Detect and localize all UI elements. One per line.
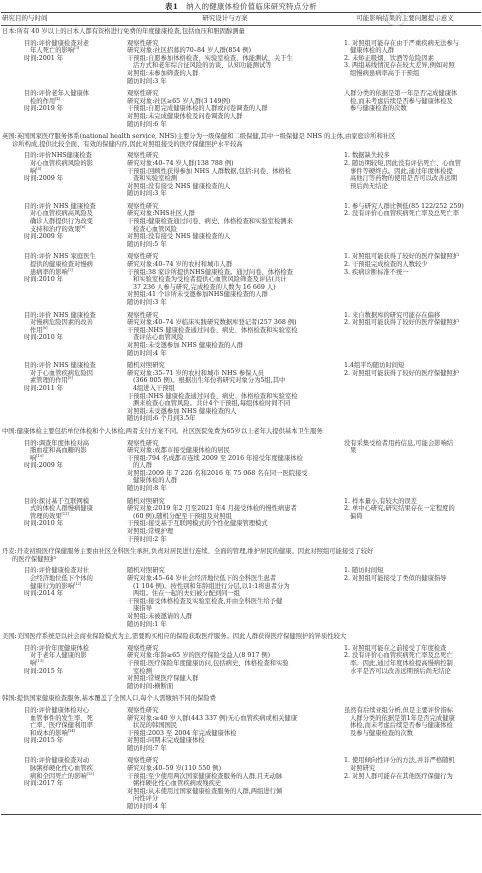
study-row: 目的:调查年度体检对高脂血症和高血糖的影响[10]时间:2009 年观察性研究研… [0,438,482,496]
design-line: 康指导 [127,605,335,613]
study-design: 观察性研究研究对象:≥40 岁人群(443 337 例)无心血管疾病或相关健康状… [119,707,335,753]
issue-line: 体检,而未考虑后续是否参与健康体检 [344,722,482,730]
issue-line: 参与健康检查的次数 [344,105,482,113]
reference-number: [12] [74,582,81,586]
issue-line: 虽然有后续亚组分析,但是主要评价指标 [344,707,482,715]
design-line: 对照组:41 个诊所未受邀参加NHS健康检查的人群 [127,291,335,299]
country-row: 美国:美国医疗系统是以社会商业保险模式为主,需要购买相应的保险获取医疗服务。因此… [0,631,482,643]
reference-number: [7] [68,268,73,272]
reference-number: [13] [36,659,43,663]
country-note: 美国:美国医疗系统是以社会商业保险模式为主,需要购买相应的保险获取医疗服务。因此… [2,633,479,641]
aim-line: 目的:探讨基于互联网模 [24,498,89,505]
study-issues: 没有采集受检者用药信息,可能会影响结果 [335,440,482,493]
study-row: 目的:评价健康体检对心血管事件的发生率、死亡率、医疗保健利用率和成本的影响[14… [0,705,482,756]
design-line: 研究对象:成都市接受健康体检的居民 [127,447,335,455]
issue-line: 1.4组平均随访时间短 [344,362,482,370]
study-aim: 目的:评价 NHS 健康检查对于心血管疾病危险因素管理的作用[9]时间:2011… [0,362,119,423]
study-time: 时间:2010 年 [24,520,119,528]
design-line: 研究对象:2019 年2 月至2021 年4 月接受体检的慢性病患者 [127,505,335,513]
design-line: 观察性研究 [127,152,335,160]
table-body: 日本:所有 40 岁以上的日本人都有资格进行免费的年度健康检查,包括血压和胆固醇… [0,26,482,814]
design-line: 测来检查心血管风险。共计4个干预组,每组体检时间不同 [127,400,335,408]
reference-number: [14] [68,729,75,733]
aim-line: 会经济地位低下个体的 [30,575,93,582]
design-line: 干预组:自愿完成健康体检的人群或问卷调查的人群 [127,105,335,113]
design-line: 研究对象:≥40 岁人群(443 337 例)无心血管疾病或相关健康 [127,715,335,723]
aim-line: 亡率、医疗保健利用率 [30,722,93,729]
issue-line: 水平是否可以改善远期预后尚无结论 [344,668,482,676]
study-time: 时间:2009 年 [24,462,119,470]
aim-line: 目的:评价健康检查对老 [24,40,89,47]
design-line: 对照组:未完成健康体检及问卷调查的人群 [127,113,335,121]
reference-number: [3] [74,46,79,50]
study-design: 随机对照研究研究对象:35–71 岁的农村和城市 NHS 参保人员(366 00… [119,362,335,423]
study-time: 时间:2010 年 [24,276,119,284]
aim-line: 目的:评价NHS健康检查 [24,152,92,159]
issue-line: 2. 干预组完成检查的人数较少 [344,261,482,269]
study-design: 随机对照研究研究对象:45–64 岁社会经济地位低下的全科医生患者(1 104 … [119,567,335,628]
study-time: 时间:2009 年 [24,175,119,183]
design-line: 随访时间:6 年 [127,121,335,129]
aim-line: 患病率的影响 [30,269,68,276]
aim-line: 对心血管疾病高风险及 [30,210,93,217]
table-header: 研究目的与时间 研究设计与方案 可能影响结果的主要问题提示意义 [0,13,482,25]
country-row: 中国:健康体检主要包括单位体检和个人体检,两者支付方案不同。社区医院免费为65岁… [0,426,482,438]
study-row: 目的:评价 NHS 健康检查对于心血管疾病危险因素管理的作用[9]时间:2011… [0,360,482,426]
aim-line: 管理的效果 [30,513,61,520]
issue-line: 人群分类的依据是第1年是否完成健康 [344,715,482,723]
issue-line: 1. 使用倾向性评分的方法,并非严格随机 [344,757,482,765]
design-line: 随访时间:8 年 [127,485,335,493]
design-line: 研究对象:45–64 岁社会经济地位低下的全科医生患者 [127,575,335,583]
issue-line: 3. 两组基线情况存在较大差异,例如对照 [344,62,482,70]
study-issues: 1. 对照组可能获得了较好的医疗保健照护2. 干预组完成检查的人数较少3. 疾病… [335,253,482,306]
design-line: 干预组:接受基于互联网模式的个性化健康管理模式 [127,520,335,528]
design-line: 查评估心血管风险 [127,334,335,342]
header-design: 研究设计与方案 [122,15,328,23]
aim-line: 脉粥样硬化性心血管疾 [30,765,93,772]
study-row: 目的:评价年度健康体检对于老年人健康的影响[13]时间:2015 年观察性研究研… [0,643,482,694]
aim-line: 目的:评价 NHS 家庭医生 [24,253,96,260]
aim-line: 作用 [30,327,43,334]
design-line: 观察性研究 [127,707,335,715]
design-line: 研究对象:社区招募的70–84 岁人群(854 例) [127,47,335,55]
aim-line: 健康行为的影响 [30,583,74,590]
study-design: 观察性研究研究对象:年龄≥65 岁的医疗保险受益人(8 917 例)干预组:医疗… [119,645,335,691]
study-design: 观察性研究研究对象:40–74 岁人群(138 788 例)干预组:回顾性获得参… [119,152,335,198]
study-row: 目的:评价NHS健康检查对心血管疾病风险的影响[5]时间:2009 年观察性研究… [0,150,482,201]
issue-line: 健康体检的人群 [344,47,482,55]
country-note: 的医疗保健照护 [2,556,479,564]
design-line: (366 005 例)。根据出生年份将研究对象分为5组,其中 [127,377,335,385]
study-aim: 目的:评价 NHS 家庭医生提供的健康检查对慢病患病率的影响[7]时间:2010… [0,253,119,306]
country-note: 丹麦:丹麦初级医疗保健服务主要由社区全科医生承担,负责对居民进行连续、全面的管理… [2,548,479,556]
country-row: 丹麦:丹麦初级医疗保健服务主要由社区全科医生承担,负责对居民进行连续、全面的管理… [0,546,482,565]
issue-line: 对照研究 [344,765,482,773]
reference-number: [15] [87,772,94,776]
design-line: 干预组:医疗保险年度健康访问,包括病史、体格检查和实验 [127,660,335,668]
issue-line: 率。因此,通过年度体检提高慢病控制 [344,660,482,668]
issue-line: 3. 疾病诊断标准不统一 [344,269,482,277]
aim-line: 血管事件的发生率、死 [30,715,93,722]
issue-line: 1. 对照组可能获得了较好的医疗保健照护 [344,253,482,261]
design-line: 随访时间:1 年 [127,621,335,629]
aim-line: 目的:评价 NHS 健康检查 [24,203,96,210]
study-row: 目的:评价 NHS 健康检查对慢病危险因素的改善作用[8]时间:2010 年观察… [0,310,482,361]
issue-line: 高他汀等药物的使用是否可以改善远期 [344,175,482,183]
issue-line: 2. 对照组可能获得了较好的医疗保健照护 [344,370,482,378]
design-line: 向性评分 [127,795,335,803]
design-line: 的人群 [127,462,335,470]
study-row: 目的:评价老年人健康体检的作用[4]时间:2019 年观察性研究研究对象:社区≥… [0,88,482,131]
study-issues: 1. 随访时间短2. 对照组可能接受了类似的健康指导 [335,567,482,628]
study-issues: 1.4组平均随访时间短2. 对照组可能获得了较好的医疗保健照护 [335,362,482,423]
design-line: 随访时间:3 年 [127,190,335,198]
design-line: 对照组:同期未完成健康体检 [127,737,335,745]
study-time: 时间:2014 年 [24,590,119,598]
reference-number: [10] [36,454,43,458]
reference-number: [4] [55,97,60,101]
design-line: 随访时间:3 年 [127,299,335,307]
design-line: 室检测 [127,668,335,676]
aim-line: 和成本的影响 [30,730,68,737]
aim-line: 病和全因死亡的影响 [30,773,87,780]
caption-title: 纳入的健康体检价值临床研究特点分析 [186,2,317,11]
issue-line: 人群分类的依据是第一年是否完成健康体 [344,90,482,98]
issue-line: 没有采集受检者用药信息,可能会影响结 [344,440,482,448]
study-design: 观察性研究研究对象:成都市接受健康体检的居民干预组:794 名成都市连续 200… [119,440,335,493]
reference-number: [8] [43,326,48,330]
study-aim: 目的:调查年度体检对高脂血症和高血糖的影响[10]时间:2009 年 [0,440,119,493]
study-row: 目的:评价健康检查对老年人死亡的影响[3]时间:2001 年观察性研究研究对象:… [0,38,482,89]
study-aim: 目的:评价 NHS 健康检查对慢病危险因素的改善作用[8]时间:2010 年 [0,312,119,358]
issue-line: 预后尚无结论 [344,183,482,191]
aim-line: 目的:评价 NHS 健康检查 [24,312,96,319]
study-time: 时间:2015 年 [24,737,119,745]
issue-line: 2. 对照组可能获得了较好的医疗保健照护 [344,319,482,327]
design-line: 观察性研究 [127,253,335,261]
country-note: 中国:健康体检主要包括单位体检和个人体检,两者支付方案不同。社区医院免费为65岁… [2,428,479,436]
study-time: 时间:2017 年 [24,780,119,788]
design-line: 4组进入干预组 [127,385,335,393]
design-line: 对照组:从未使用过国家健康检查服务的人群,两组进行倾 [127,788,335,796]
country-note: 英国:英国国家医疗服务体系(national health service, N… [2,133,479,141]
design-line: 对照组:未参加筛查的人群 [127,70,335,78]
issue-line: 2. 没有评价心血管疾病死亡率及总死亡 [344,652,482,660]
issue-line: 2. 随访期较短,因此没有评估死亡、心血管 [344,160,482,168]
aim-line: 对于心血管疾病危险因 [30,370,93,377]
study-time: 时间:2001 年 [24,55,119,63]
reference-number: [5] [36,167,41,171]
study-issues: 1. 使用倾向性评分的方法,并非严格随机对照研究2. 对照人群可能存在其他医疗保… [335,757,482,810]
study-aim: 目的:评价健康检查对老年人死亡的影响[3]时间:2001 年 [0,40,119,86]
aim-line: 目的:评价 NHS 健康检查 [24,362,96,369]
study-aim: 目的:评价健康检查对社会经济地位低下个体的健康行为的影响[12]时间:2014 … [0,567,119,628]
caption-label: 表1 [165,2,178,11]
aim-line: 目的:评价健康检查对社 [24,567,89,574]
country-note: 诊所构成,提供比较全面、有效的保健内容,因此对照组接受的医疗保健照护水平较高 [2,141,479,149]
study-design: 随机对照研究研究对象:2019 年2 月至2021 年4 月接受体检的慢性病患者… [119,498,335,544]
design-line: 对照组:常规医疗保健人群 [127,675,335,683]
study-issues: 1. 对照组可能存在由于严重疾病无法参与健康体检的人群2. 未矫正吸烟、饮酒等危… [335,40,482,86]
bottom-rule [1,814,481,815]
issue-line: 偏倚 [344,513,482,521]
study-time: 时间:2010 年 [24,334,119,342]
study-issues: 人群分类的依据是第一年是否完成健康体检,而未考虑后续是否参与健康体检及参与健康检… [335,90,482,128]
design-line: 干预时间:2 年 [127,536,335,544]
reference-number: [9] [68,376,73,380]
study-row: 目的:评价 NHS 健康检查对心血管疾病高风险及确诊人群提供行为改变支持和治疗的… [0,201,482,252]
study-issues: 1. 对照组可能在之前接受了年度检查2. 没有评价心血管疾病死亡率及总死亡率。因… [335,645,482,691]
study-row: 目的:评价健康检查对社会经济地位低下个体的健康行为的影响[12]时间:2014 … [0,565,482,631]
study-row: 目的:探讨基于互联网模式的体检人群慢病健康管理的效果[11]时间:2010 年随… [0,496,482,547]
design-line: 两组。住在一起的夫妇被分配到同一组 [127,590,335,598]
design-line: 干预组:NHS 健康检查通过问卷、病史、体格检查和实验室检 [127,393,335,401]
design-line: 观察性研究 [127,440,335,448]
design-line: 对照组:未受邀参加 NHS 健康检查的人群 [127,342,335,350]
study-issues: 虽然有后续亚组分析,但是主要评价指标人群分类的依据是第1年是否完成健康体检,而未… [335,707,482,753]
design-line: 研究对象:40–74 岁临床实践研究数据库登记者(257 368 例) [127,319,335,327]
design-line: 随机对照研究 [127,567,335,575]
issue-line: 1. 随访时间短 [344,567,482,575]
design-line: 粥样硬化性心血管疾病或残疾史 [127,780,335,788]
study-row: 目的:评价健康检查对动脉粥样硬化性心血管疾病和全因死亡的影响[15]时间:201… [0,755,482,813]
study-design: 观察性研究研究对象:NHS社区人群干预组:健康检查通过问卷、病史、体格检查和实验… [119,203,335,249]
issue-line: 事件等硬终点。因此,通过年度体检提 [344,168,482,176]
study-design: 观察性研究研究对象:40–59 岁(110 550 例)干预组:至少使用两次国家… [119,757,335,810]
study-issues: 1. 参与研究人群比例低(85 122/252 259)2. 没有评价心血管疾病… [335,203,482,249]
study-time: 时间:2019 年 [24,105,119,113]
aim-line: 素管理的作用 [30,377,68,384]
design-line: 查和实验室检测 [127,175,335,183]
design-line: 干预组:接受体格检查及实验室检查,并由全科医生给予健 [127,598,335,606]
study-aim: 目的:探讨基于互联网模式的体检人群慢病健康管理的效果[11]时间:2010 年 [0,498,119,544]
design-line: 对照组:没有接受 NHS 健康检查的人 [127,233,335,241]
country-row: 英国:英国国家医疗服务体系(national health service, N… [0,131,482,150]
aim-line: 目的:评价年度健康体检 [24,645,89,652]
issue-line: 2. 没有评价心血管疾病死亡率及总死亡率 [344,210,482,218]
aim-line: 对慢病危险因素的改善 [30,319,93,326]
design-line: 干预组:健康检查通过问卷、病史、体格检查和实验室检测来 [127,218,335,226]
country-note: 日本:所有 40 岁以上的日本人都有资格进行免费的年度健康检查,包括血压和胆固醇… [2,28,479,36]
issue-line: 2. 单中心研究,研究结果存在一定程度的 [344,505,482,513]
design-line: 随访时间:5 年 [127,241,335,249]
country-row: 韩国:提供国家健康检查服务,基本覆盖了全国人口,每个人需缴纳不同的保险费 [0,693,482,705]
study-time: 时间:2015 年 [24,668,119,676]
design-line: 研究对象:40–74 岁人群(138 788 例) [127,160,335,168]
design-line: 对照组:未被邀请的人群 [127,613,335,621]
design-line: 随机对照研究 [127,362,335,370]
aim-line: 提供的健康检查对慢病 [30,261,93,268]
issue-line: 2. 对照组可能接受了类似的健康指导 [344,575,482,583]
design-line: 健康体检的人群 [127,477,335,485]
aim-line: 目的:评价健康检查对动 [24,757,89,764]
design-line: 随访时间:7 年 [127,745,335,753]
study-row: 目的:评价 NHS 家庭医生提供的健康检查对慢病患病率的影响[7]时间:2010… [0,251,482,309]
study-aim: 目的:评价NHS健康检查对心血管疾病风险的影响[5]时间:2009 年 [0,152,119,198]
design-line: 和实验室检查为受检者提供心血管风险筛查及评估(共计 [127,276,335,284]
study-design: 观察性研究研究对象:社区≥65 岁人群(3 149例)干预组:自愿完成健康体检的… [119,90,335,128]
study-aim: 目的:评价健康检查对动脉粥样硬化性心血管疾病和全因死亡的影响[15]时间:201… [0,757,119,810]
study-time: 时间:2011 年 [24,385,119,393]
design-line: 研究对象:40–74 岁的农村和城市人群 [127,261,335,269]
table-caption: 表1纳入的健康体检价值临床研究特点分析 [0,0,482,12]
aim-line: 目的:评价健康体检对心 [24,707,89,714]
study-aim: 目的:评价健康体检对心血管事件的发生率、死亡率、医疗保健利用率和成本的影响[14… [0,707,119,753]
design-line: 研究对象:NHS社区人群 [127,210,335,218]
design-line: 观察性研究 [127,757,335,765]
aim-line: 支持和治疗的效果 [30,226,80,233]
header-aim: 研究目的与时间 [0,15,122,23]
study-issues: 1. 样本量小,有较大的误差2. 单中心研究,研究结果存在一定程度的偏倚 [335,498,482,544]
study-issues: 1. 来自数据库的研究可能存在偏移2. 对照组可能获得了较好的医疗保健照护 [335,312,482,358]
reference-number: [6] [80,225,85,229]
design-line: 随访时间:4 年 [127,803,335,811]
issue-line: 1. 数据缺失较多 [344,152,482,160]
study-aim: 目的:评价年度健康体检对于老年人健康的影响[13]时间:2015 年 [0,645,119,691]
study-aim: 目的:评价 NHS 健康检查对心血管疾病高风险及确诊人群提供行为改变支持和治疗的… [0,203,119,249]
study-design: 观察性研究研究对象:社区招募的70–84 岁人群(854 例)干预组:自愿参加体… [119,40,335,86]
aim-line: 目的:调查年度体检对高 [24,440,89,447]
issue-line: 果 [344,447,482,455]
design-line: 研究对象:年龄≥65 岁的医疗保险受益人(8 917 例) [127,652,335,660]
country-row: 日本:所有 40 岁以上的日本人都有资格进行免费的年度健康检查,包括血压和胆固醇… [0,26,482,38]
design-line: 随访时间:横断面 [127,683,335,691]
design-line: 随访时间:4 年 [127,350,335,358]
design-line: 对照组:常规护理 [127,528,335,536]
aim-line: 年人死亡的影响 [30,47,74,54]
study-design: 观察性研究研究对象:40–74 岁的农村和城市人群干预组:38 家诊所提供NHS… [119,253,335,306]
issue-line: 及参与健康检查的次数 [344,730,482,738]
design-line: 随访时间:6 个月到3.5年 [127,415,335,423]
issue-line: 组慢病患病率高于干预组 [344,70,482,78]
design-line: 随访时间:3 年 [127,78,335,86]
study-issues: 1. 数据缺失较多2. 随访期较短,因此没有评估死亡、心血管事件等硬终点。因此,… [335,152,482,198]
design-line: 研究对象:40–59 岁(110 550 例) [127,765,335,773]
study-design: 观察性研究研究对象:40–74 岁临床实践研究数据库登记者(257 368 例)… [119,312,335,358]
header-issues: 可能影响结果的主要问题提示意义 [328,15,482,23]
reference-number: [11] [61,512,68,516]
table-page: 表1纳入的健康体检价值临床研究特点分析 研究目的与时间 研究设计与方案 可能影响… [0,0,482,873]
design-line: 干预组:回顾性获得参加 NHS 人群数据,包括:问卷、体格检 [127,168,335,176]
design-line: 状况的韩国国民 [127,722,335,730]
aim-line: 检的作用 [30,98,55,105]
design-line: 观察性研究 [127,90,335,98]
design-line: 干预组:794 名成都市连续 2009 至 2016 年接受年度健康体检 [127,455,335,463]
issue-line: 2. 对照人群可能存在其他医疗保健行为 [344,773,482,781]
country-note: 韩国:提供国家健康检查服务,基本覆盖了全国人口,每个人需缴纳不同的保险费 [2,695,479,703]
study-time: 时间:2009 年 [24,233,119,241]
design-line: 活方式和老年综合征风险的访谈、认知功能测试等 [127,62,335,70]
study-aim: 目的:评价老年人健康体检的作用[4]时间:2019 年 [0,90,119,128]
